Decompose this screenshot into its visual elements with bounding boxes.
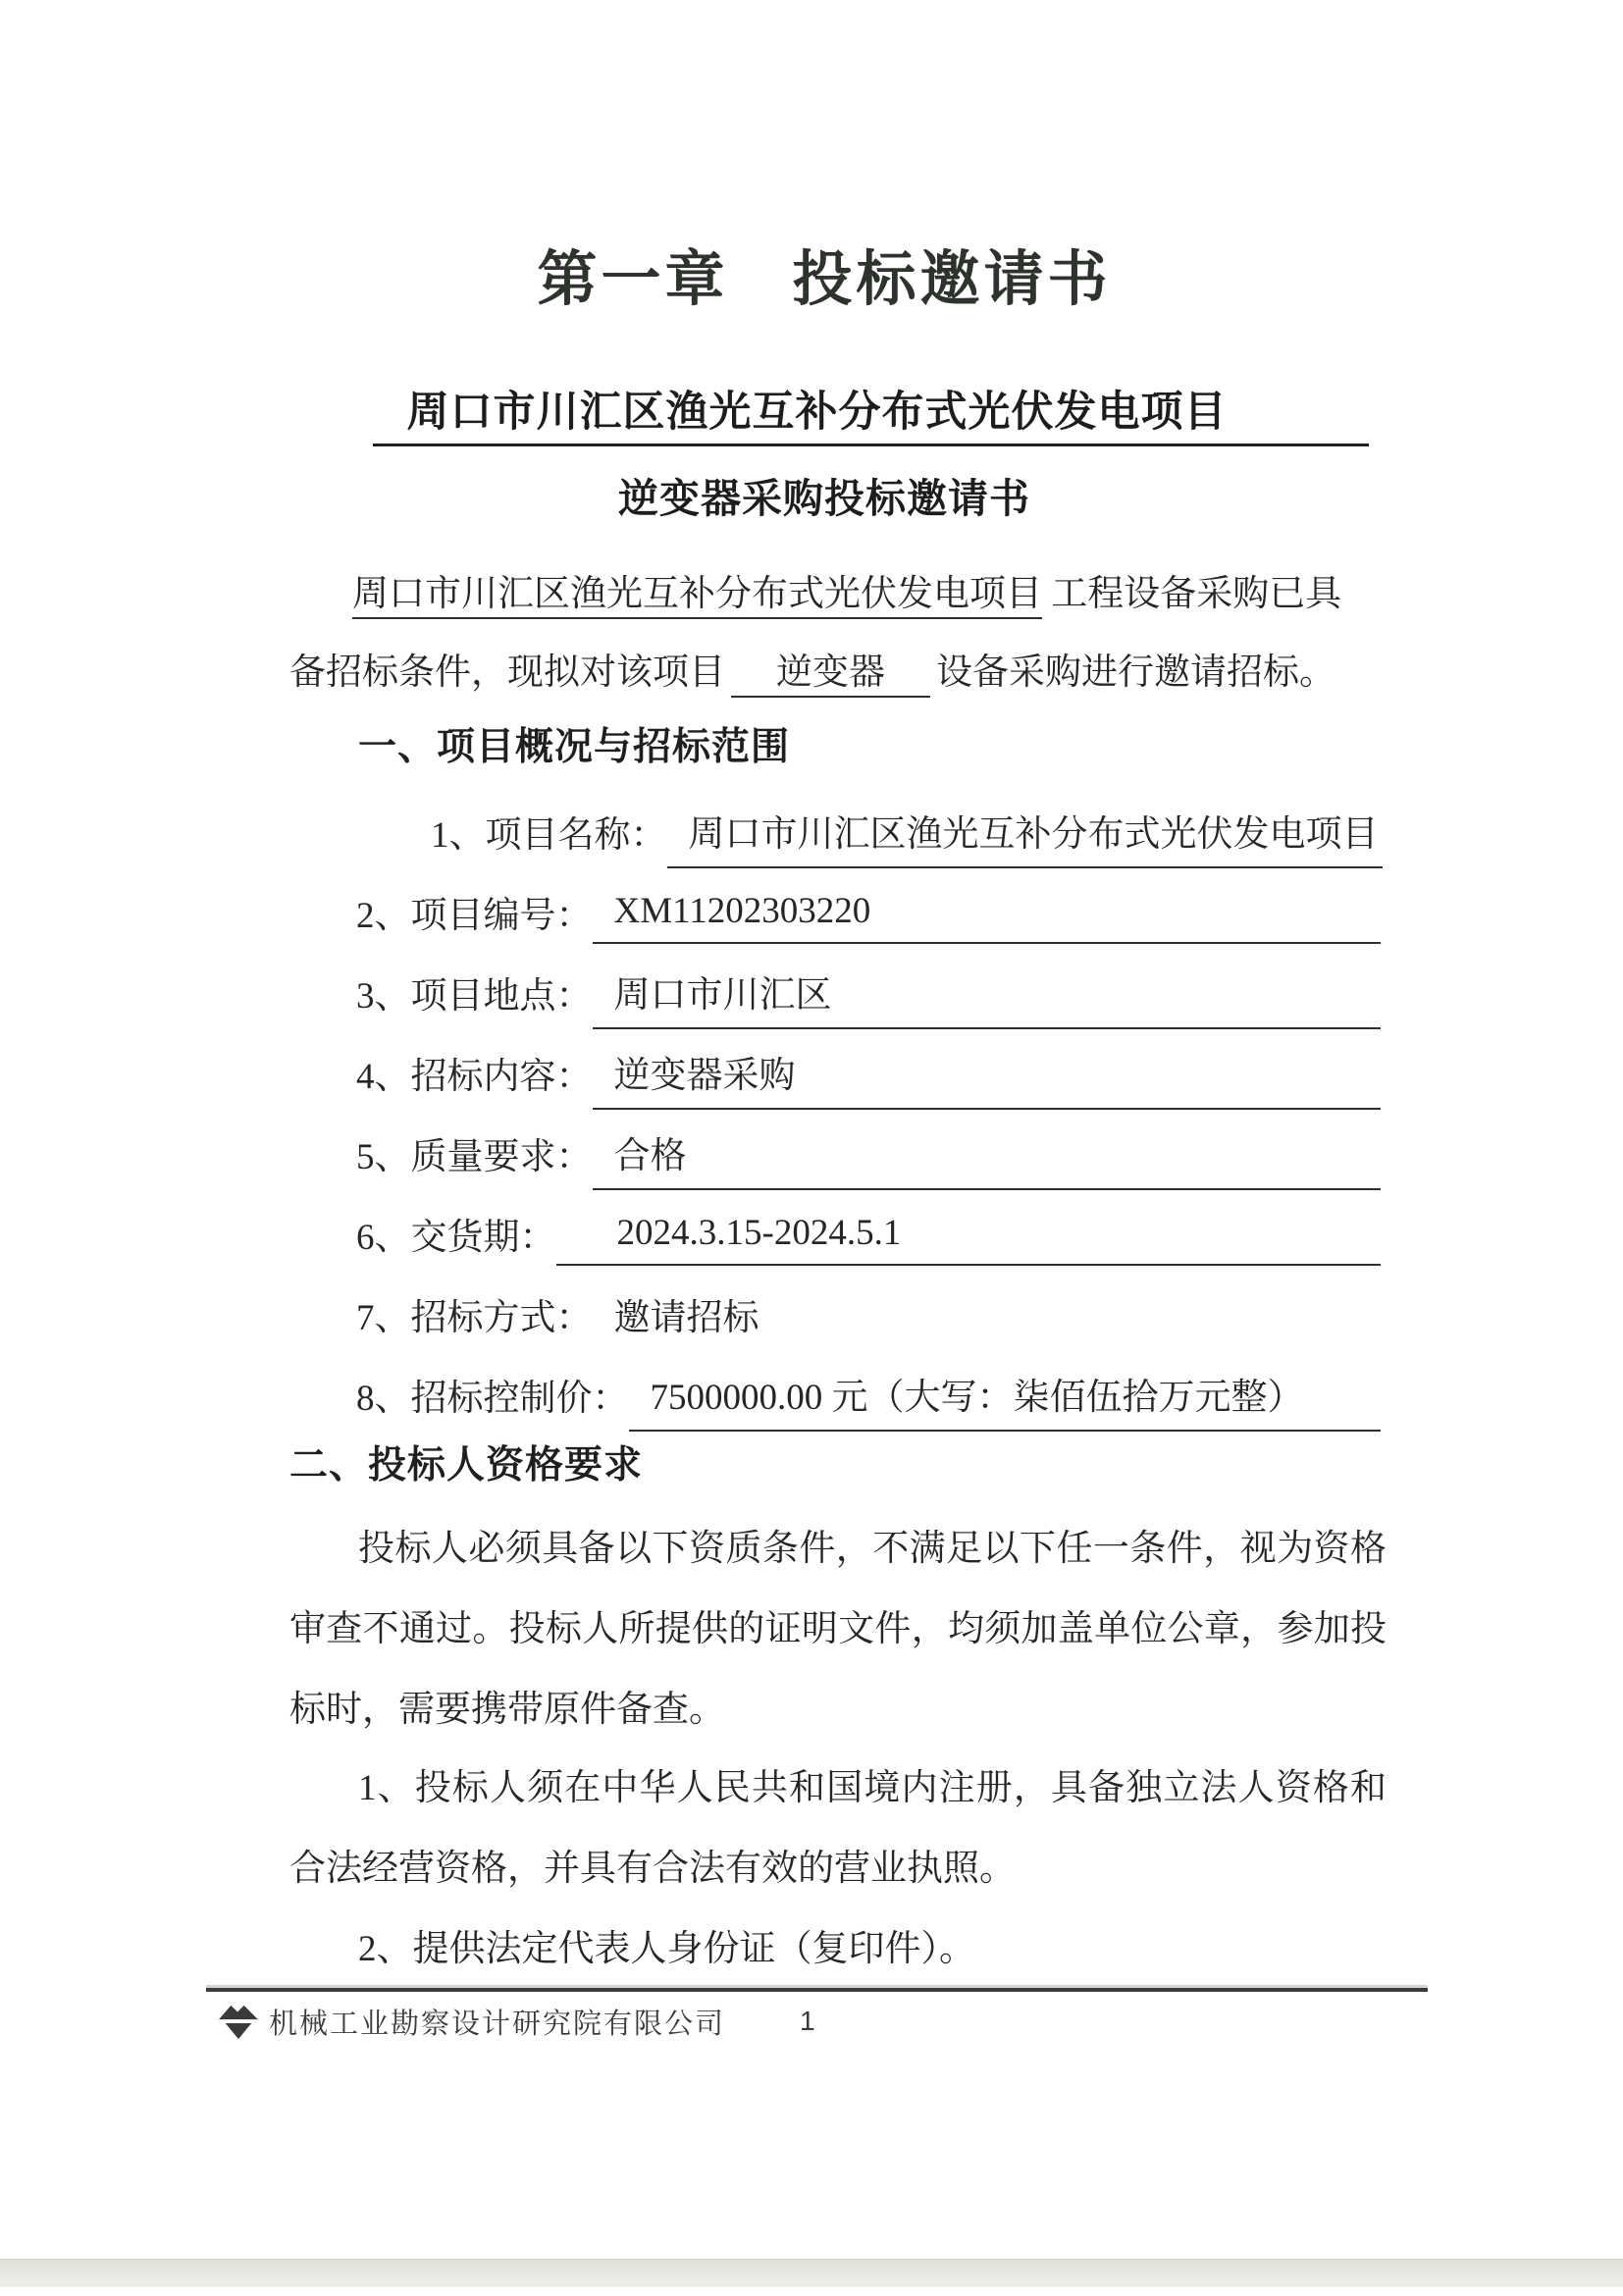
intro-project-name: 周口市川汇区渔光互补分布式光伏发电项目 — [352, 574, 1042, 619]
qualification-item-2: 2、提供法定代表人身份证（复印件）。 — [289, 1909, 1387, 1990]
company-name: 机械工业勘察设计研究院有限公司 — [269, 2002, 725, 2042]
list-item-bid-method: 7、招标方式： 邀请招标 — [289, 1274, 1381, 1354]
list-item-bid-content: 4、招标内容： 逆变器采购 — [289, 1032, 1381, 1113]
item-label: 2、项目编号： — [356, 885, 593, 938]
item-value: XM11202303220 — [593, 890, 1382, 944]
item-label: 7、招标方式： — [356, 1287, 593, 1340]
item-label: 6、交货期： — [356, 1207, 556, 1260]
intro-paragraph: 周口市川汇区渔光互补分布式光伏发电项目 工程设备采购已具 备招标条件，现拟对该项… — [289, 555, 1394, 712]
chapter-title: 第一章 投标邀请书 — [221, 238, 1428, 323]
item-value: 周口市川汇区渔光互补分布式光伏发电项目 — [667, 804, 1383, 868]
item-label: 1、项目名称： — [431, 805, 667, 858]
intro-line1-rest: 工程设备采购已具 — [1042, 574, 1341, 614]
list-item-delivery: 6、交货期： 2024.3.15-2024.5.1 — [289, 1193, 1381, 1274]
qualification-item-1: 1、投标人须在中华人民共和国境内注册，具备独立法人资格和合法经营资格，并具有合法… — [289, 1748, 1387, 1909]
item-value: 合格 — [593, 1125, 1382, 1190]
item-label: 3、项目地点： — [356, 965, 593, 1018]
intro-equipment: 逆变器 — [731, 652, 930, 698]
project-title-underline: 周口市川汇区渔光互补分布式光伏发电项目 — [373, 387, 1369, 446]
invitation-subtitle: 逆变器采购投标邀请书 — [221, 473, 1428, 524]
item-label: 8、招标控制价： — [356, 1368, 629, 1421]
section1-heading: 一、项目概况与招标范围 — [358, 722, 790, 773]
intro-line2-end: 设备采购进行邀请招标。 — [936, 652, 1335, 693]
scanner-edge-band — [0, 2259, 1623, 2287]
list-item-control-price: 8、招标控制价： 7500000.00 元（大写：柒佰伍拾万元整） — [289, 1354, 1381, 1435]
scanned-document-page: 第一章 投标邀请书 周口市川汇区渔光互补分布式光伏发电项目 逆变器采购投标邀请书… — [0, 0, 1623, 2296]
intro-line-1: 周口市川汇区渔光互补分布式光伏发电项目 工程设备采购已具 — [289, 555, 1394, 634]
project-overview-list: 1、项目名称： 周口市川汇区渔光互补分布式光伏发电项目 2、项目编号： XM11… — [289, 791, 1381, 1435]
item-value: 邀请招标 — [593, 1287, 1382, 1350]
item-label: 4、招标内容： — [356, 1046, 593, 1099]
list-item-quality: 5、质量要求： 合格 — [289, 1113, 1381, 1193]
item-value: 7500000.00 元（大写：柒佰伍拾万元整） — [629, 1367, 1382, 1432]
item-value: 2024.3.15-2024.5.1 — [556, 1212, 1382, 1266]
qualification-intro-paragraph: 投标人必须具备以下资质条件，不满足以下任一条件，视为资格审查不通过。投标人所提供… — [289, 1509, 1387, 1750]
list-item-project-name: 1、项目名称： 周口市川汇区渔光互补分布式光伏发电项目 — [289, 791, 1381, 871]
item-value: 逆变器采购 — [593, 1045, 1382, 1110]
list-item-project-location: 3、项目地点： 周口市川汇区 — [289, 952, 1381, 1032]
footer: 机械工业勘察设计研究院有限公司 — [218, 2002, 725, 2042]
intro-line-2: 备招标条件，现拟对该项目逆变器设备采购进行邀请招标。 — [289, 634, 1394, 712]
project-title: 周口市川汇区渔光互补分布式光伏发电项目 — [407, 387, 1228, 438]
intro-line2-start: 备招标条件，现拟对该项目 — [289, 652, 725, 693]
section2-heading: 二、投标人资格要求 — [289, 1440, 643, 1491]
page-number: 1 — [800, 2006, 815, 2037]
item-value: 周口市川汇区 — [593, 965, 1382, 1029]
footer-divider — [206, 1988, 1428, 1992]
company-logo-icon — [218, 2004, 259, 2041]
list-item-project-number: 2、项目编号： XM11202303220 — [289, 871, 1381, 952]
item-label: 5、质量要求： — [356, 1126, 593, 1179]
